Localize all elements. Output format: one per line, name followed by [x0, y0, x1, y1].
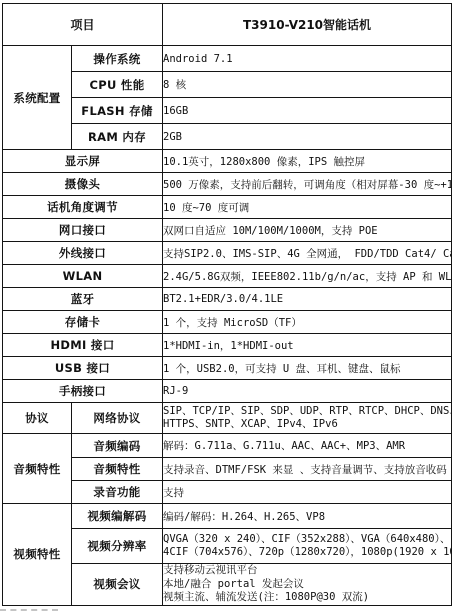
row-value-usb: 1 个，USB2.0，可支持 U 盘、耳机、键盘、鼠标 — [163, 357, 452, 380]
row-value-audiocodec: 解码：G.711a、G.711u、AAC、AAC+、MP3、AMR — [163, 434, 452, 458]
row-value-netproto: SIP、TCP/IP、SIP、SDP、UDP、RTP、RTCP、DHCP、DNS… — [163, 403, 452, 434]
row-value-resolution: QVGA（320 x 240）、CIF（352x288）、VGA（640x480… — [163, 529, 452, 564]
row-value-bluetooth: BT2.1+EDR/3.0/4.1LE — [163, 288, 452, 311]
row-label-netproto: 网络协议 — [72, 403, 163, 434]
header-row: 项目 T3910-V210智能话机 — [3, 4, 452, 46]
row-ethernet: 网口接口 双网口自适应 10M/100M/1000M，支持 POE — [3, 219, 452, 242]
row-label-bluetooth: 蓝牙 — [3, 288, 163, 311]
row-value-angle: 10 度~70 度可调 — [163, 196, 452, 219]
row-netproto: 协议 网络协议 SIP、TCP/IP、SIP、SDP、UDP、RTP、RTCP、… — [3, 403, 452, 434]
row-label-conference: 视频会议 — [72, 564, 163, 606]
row-label-ram: RAM 内存 — [72, 124, 163, 150]
row-value-audiofeature: 支持录音、DTMF/FSK 来显 、支持音量调节、支持放音收码 — [163, 458, 452, 481]
row-value-os: Android 7.1 — [163, 46, 452, 72]
row-label-resolution: 视频分辨率 — [72, 529, 163, 564]
row-line: 外线接口 支持SIP2.0、IMS-SIP、4G 全网通， FDD/TDD Ca… — [3, 242, 452, 265]
row-camera: 摄像头 500 万像素，支持前后翻转，可调角度（相对屏幕-30 度~+180 度… — [3, 173, 452, 196]
netproto-line-2: HTTPS、SNTP、XCAP、IPv4、IPv6 — [163, 418, 451, 432]
header-product-title: T3910-V210智能话机 — [163, 4, 452, 46]
row-value-wlan: 2.4G/5.8G双频，IEEE802.11b/g/n/ac，支持 AP 和 W… — [163, 265, 452, 288]
row-label-angle: 话机角度调节 — [3, 196, 163, 219]
row-value-handset: RJ-9 — [163, 380, 452, 403]
row-label-display: 显示屏 — [3, 150, 163, 173]
row-display: 显示屏 10.1英寸，1280x800 像素，IPS 触控屏 — [3, 150, 452, 173]
row-value-flash: 16GB — [163, 98, 452, 124]
conference-line-2: 本地/融合 portal 发起会议 — [163, 578, 451, 592]
spec-table: 项目 T3910-V210智能话机 系统配置 操作系统 Android 7.1 … — [2, 3, 452, 606]
row-label-record: 录音功能 — [72, 481, 163, 504]
row-label-os: 操作系统 — [72, 46, 163, 72]
row-bluetooth: 蓝牙 BT2.1+EDR/3.0/4.1LE — [3, 288, 452, 311]
row-label-handset: 手柄接口 — [3, 380, 163, 403]
group-label-video: 视频特性 — [3, 504, 72, 606]
row-label-ethernet: 网口接口 — [3, 219, 163, 242]
header-item-label: 项目 — [3, 4, 163, 46]
row-value-record: 支持 — [163, 481, 452, 504]
resolution-line-2: 4CIF（704x576）、720p（1280x720），1080p(1920 … — [163, 546, 451, 560]
row-value-hdmi: 1*HDMI-in，1*HDMI-out — [163, 334, 452, 357]
row-label-audiofeature: 音频特性 — [72, 458, 163, 481]
row-value-line: 支持SIP2.0、IMS-SIP、4G 全网通， FDD/TDD Cat4/ C… — [163, 242, 452, 265]
row-value-camera: 500 万像素，支持前后翻转，可调角度（相对屏幕-30 度~+180 度） — [163, 173, 452, 196]
row-value-ram: 2GB — [163, 124, 452, 150]
group-label-protocol: 协议 — [3, 403, 72, 434]
row-label-line: 外线接口 — [3, 242, 163, 265]
row-hdmi: HDMI 接口 1*HDMI-in，1*HDMI-out — [3, 334, 452, 357]
row-value-conference: 支持移动云视讯平台 本地/融合 portal 发起会议 视频主流、辅流发送(注：… — [163, 564, 452, 606]
row-videocodec: 视频特性 视频编解码 编码/解码：H.264、H.265、VP8 — [3, 504, 452, 529]
row-os: 系统配置 操作系统 Android 7.1 — [3, 46, 452, 72]
row-label-camera: 摄像头 — [3, 173, 163, 196]
conference-line-3: 视频主流、辅流发送(注：1080P@30 双流) — [163, 591, 451, 605]
row-angle: 话机角度调节 10 度~70 度可调 — [3, 196, 452, 219]
row-value-sdcard: 1 个，支持 MicroSD（TF） — [163, 311, 452, 334]
row-label-wlan: WLAN — [3, 265, 163, 288]
row-sdcard: 存储卡 1 个，支持 MicroSD（TF） — [3, 311, 452, 334]
row-value-videocodec: 编码/解码：H.264、H.265、VP8 — [163, 504, 452, 529]
row-label-hdmi: HDMI 接口 — [3, 334, 163, 357]
row-value-cpu: 8 核 — [163, 72, 452, 98]
resolution-line-1: QVGA（320 x 240）、CIF（352x288）、VGA（640x480… — [163, 533, 451, 547]
group-label-system: 系统配置 — [3, 46, 72, 150]
row-label-usb: USB 接口 — [3, 357, 163, 380]
row-wlan: WLAN 2.4G/5.8G双频，IEEE802.11b/g/n/ac，支持 A… — [3, 265, 452, 288]
row-label-cpu: CPU 性能 — [72, 72, 163, 98]
row-label-sdcard: 存储卡 — [3, 311, 163, 334]
row-handset: 手柄接口 RJ-9 — [3, 380, 452, 403]
row-value-ethernet: 双网口自适应 10M/100M/1000M，支持 POE — [163, 219, 452, 242]
spec-sheet: 项目 T3910-V210智能话机 系统配置 操作系统 Android 7.1 … — [0, 0, 454, 614]
selection-dash-artifact — [0, 609, 58, 611]
conference-line-1: 支持移动云视讯平台 — [163, 564, 451, 578]
row-value-display: 10.1英寸，1280x800 像素，IPS 触控屏 — [163, 150, 452, 173]
row-label-audiocodec: 音频编码 — [72, 434, 163, 458]
group-label-audio: 音频特性 — [3, 434, 72, 504]
row-label-videocodec: 视频编解码 — [72, 504, 163, 529]
netproto-line-1: SIP、TCP/IP、SIP、SDP、UDP、RTP、RTCP、DHCP、DNS… — [163, 405, 451, 419]
row-audiocodec: 音频特性 音频编码 解码：G.711a、G.711u、AAC、AAC+、MP3、… — [3, 434, 452, 458]
row-usb: USB 接口 1 个，USB2.0，可支持 U 盘、耳机、键盘、鼠标 — [3, 357, 452, 380]
row-label-flash: FLASH 存储 — [72, 98, 163, 124]
